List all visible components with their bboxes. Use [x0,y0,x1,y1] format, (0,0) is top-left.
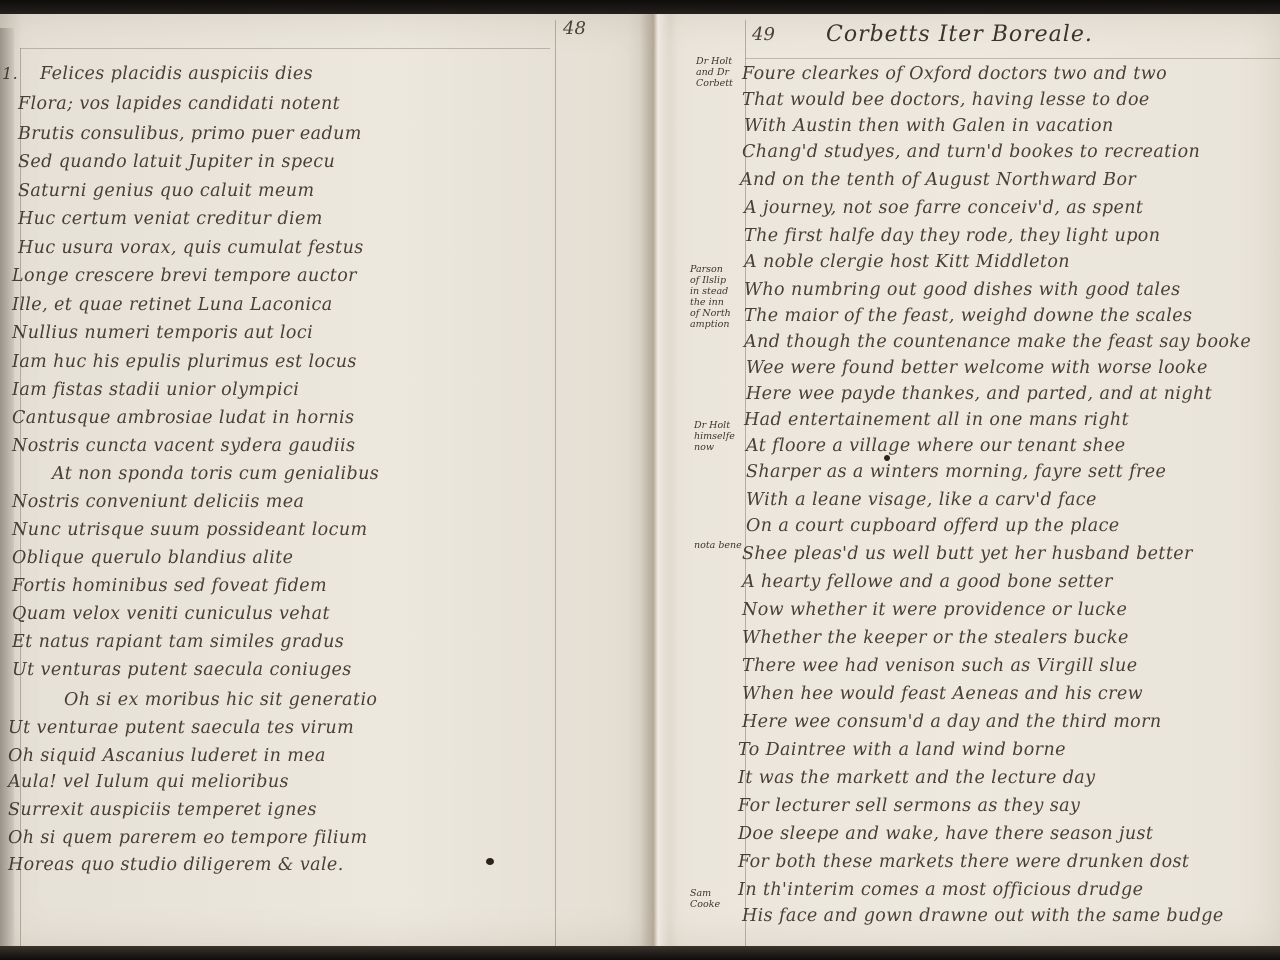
manuscript-line: For both these markets there were drunke… [738,852,1189,872]
manuscript-line: Doe sleepe and wake, have there season j… [738,824,1153,844]
manuscript-line: Nullius numeri temporis aut loci [12,323,313,343]
book-gutter [640,14,670,948]
manuscript-line: Who numbring out good dishes with good t… [744,280,1181,300]
left-page-right-rule [555,20,556,948]
manuscript-line: With Austin then with Galen in vacation [744,116,1114,136]
page-number-left: 48 [563,18,586,39]
manuscript-line: Iam fistas stadii unior olympici [12,380,299,400]
manuscript-line: Had entertainement all in one mans right [744,410,1129,430]
manuscript-line: Flora; vos lapides candidati notent [18,94,340,114]
manuscript-line: Iam huc his epulis plurimus est locus [12,352,357,372]
manuscript-line: A noble clergie host Kitt Middleton [744,252,1070,272]
manuscript-line: Nostris cuncta vacent sydera gaudiis [12,436,355,456]
margin-note: Dr Holt himselfe now [694,420,735,453]
manuscript-line: Sharper as a winters morning, fayre sett… [746,462,1166,482]
manuscript-line: Here wee payde thankes, and parted, and … [746,384,1212,404]
manuscript-line: Horeas quo studio diligerem & vale. [8,855,344,875]
manuscript-line: Whether the keeper or the stealers bucke [742,628,1129,648]
manuscript-line: To Daintree with a land wind borne [738,740,1066,760]
manuscript-line: Foure clearkes of Oxford doctors two and… [742,64,1167,84]
scan-bottom-border [0,946,1280,960]
manuscript-line: In th'interim comes a most officious dru… [738,880,1143,900]
manuscript-line: And though the countenance make the feas… [744,332,1251,352]
manuscript-line: When hee would feast Aeneas and his crew [742,684,1143,704]
manuscript-line: Huc usura vorax, quis cumulat festus [18,238,364,258]
manuscript-line: Oh siquid Ascanius luderet in mea [8,746,326,766]
manuscript-line: Nostris conveniunt deliciis mea [12,492,304,512]
manuscript-line: It was the markett and the lecture day [738,768,1095,788]
manuscript-line: That would bee doctors, having lesse to … [742,90,1150,110]
manuscript-line: Ille, et quae retinet Luna Laconica [12,295,333,315]
manuscript-line: Nunc utrisque suum possideant locum [12,520,368,540]
margin-note: Parson of Ilslip in stead the inn of Nor… [690,264,731,330]
right-page-heading: Corbetts Iter Boreale. [826,22,1093,47]
manuscript-line: The first halfe day they rode, they ligh… [744,226,1160,246]
manuscript-line: Ut venturas putent saecula coniuges [12,660,352,680]
manuscript-line: Quam velox veniti cuniculus vehat [12,604,330,624]
manuscript-line: At floore a village where our tenant she… [746,436,1126,456]
manuscript-line: Oh si quem parerem eo tempore filium [8,828,368,848]
manuscript-line: His face and gown drawne out with the sa… [742,906,1224,926]
manuscript-line: There wee had venison such as Virgill sl… [742,656,1138,676]
manuscript-line: Longe crescere brevi tempore auctor [12,266,357,286]
line-number-marker: 1. [2,64,18,83]
manuscript-line: Now whether it were providence or lucke [742,600,1127,620]
left-page-top-rule [20,48,550,49]
margin-note: Dr Holt and Dr Corbett [696,56,733,89]
manuscript-line: And on the tenth of August Northward Bor [740,170,1136,190]
right-page-top-rule [745,58,1280,59]
manuscript-line: Fortis hominibus sed foveat fidem [12,576,327,596]
manuscript-line: Wee were found better welcome with worse… [746,358,1208,378]
page-number-right: 49 [752,24,775,45]
ink-blot [884,455,890,461]
manuscript-line: Brutis consulibus, primo puer eadum [18,124,362,144]
manuscript-line: Oh si ex moribus hic sit generatio [64,690,377,710]
manuscript-line: Chang'd studyes, and turn'd bookes to re… [742,142,1200,162]
manuscript-line: Cantusque ambrosiae ludat in hornis [12,408,354,428]
manuscript-line: Sed quando latuit Jupiter in specu [18,152,335,172]
manuscript-line: The maior of the feast, weighd downe the… [744,306,1192,326]
ink-blot [486,858,494,865]
manuscript-line: With a leane visage, like a carv'd face [746,490,1097,510]
manuscript-line: Here wee consum'd a day and the third mo… [742,712,1162,732]
manuscript-line: Huc certum veniat creditur diem [18,209,323,229]
manuscript-line: Ut venturae putent saecula tes virum [8,718,354,738]
manuscript-line: A journey, not soe farre conceiv'd, as s… [744,198,1143,218]
margin-note: Sam Cooke [690,888,720,910]
manuscript-line: Oblique querulo blandius alite [12,548,293,568]
manuscript-line: On a court cupboard offerd up the place [746,516,1120,536]
manuscript-line: For lecturer sell sermons as they say [738,796,1080,816]
manuscript-line: Surrexit auspiciis temperet ignes [8,800,317,820]
manuscript-line: Felices placidis auspiciis dies [40,64,313,84]
manuscript-line: Saturni genius quo caluit meum [18,181,314,201]
manuscript-line: A hearty fellowe and a good bone setter [742,572,1113,592]
manuscript-line: Aula! vel Iulum qui melioribus [8,772,289,792]
manuscript-line: At non sponda toris cum genialibus [52,464,379,484]
margin-note: nota bene [694,540,742,551]
manuscript-line: Et natus rapiant tam similes gradus [12,632,344,652]
manuscript-line: Shee pleas'd us well butt yet her husban… [742,544,1193,564]
